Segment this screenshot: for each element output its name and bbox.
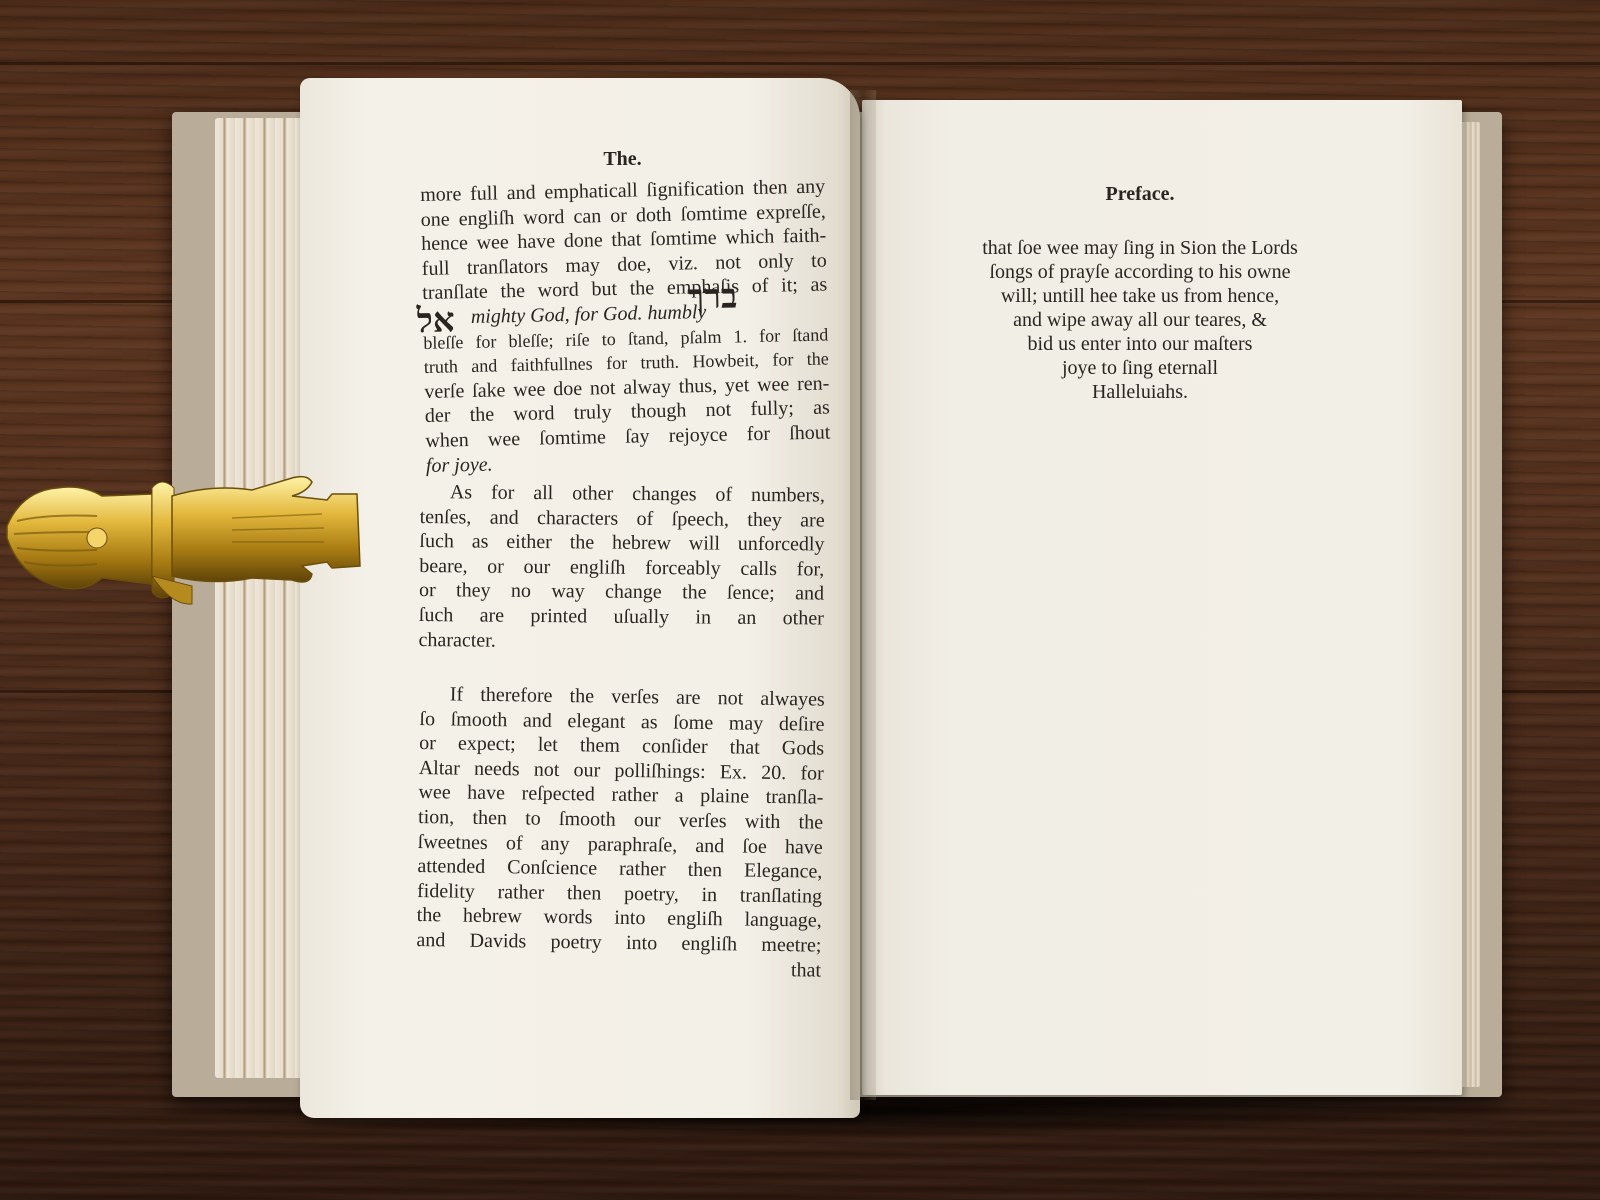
hebrew-el: אל [417,309,455,334]
text-line: bid us enter into our maſters [920,332,1360,356]
text-line: beare, or our engliſh forceably calls fo… [419,554,824,582]
text-line: will; untill hee take us from hence, [920,284,1360,308]
paragraph-1: more full and emphaticall ſignification … [420,175,831,479]
left-running-head: The. [420,148,825,171]
hebrew-barak: ברך [687,285,737,311]
right-running-head: Preface. [920,183,1360,206]
table-seam [0,62,1600,65]
text-line: that ſoe wee may ſing in Sion the Lords [920,236,1360,260]
text-line: ſuch as either the hebrew will unforcedl… [419,529,824,557]
paragraph-3: If therefore the verſes are not alwayes … [416,682,825,983]
text-line: As for all other changes of numbers, [420,480,825,508]
text-line: ſuch are printed uſually in an other [419,603,824,631]
book-gutter [850,90,876,1100]
text-line: Halleluiahs. [920,380,1360,404]
text-line: ſongs of prayſe according to his owne [920,260,1360,284]
paragraph-2: As for all other changes of numbers, ten… [418,480,824,656]
right-page-text: Preface. that ſoe wee may ſing in Sion t… [920,183,1360,404]
text-line: mighty God, for God. humbly [471,301,707,328]
text-line: and wipe away all our teares, & [920,308,1360,332]
text-line: joye to ſing eternall [920,356,1360,380]
brass-hand-clip-icon[interactable] [2,466,367,614]
text-line: or they no way change the ſence; and [419,578,824,606]
text-line: character. [418,628,823,656]
left-page-text: The. more full and emphaticall ſignifica… [420,148,825,977]
text-line: tenſes, and characters of ſpeech, they a… [420,505,825,533]
